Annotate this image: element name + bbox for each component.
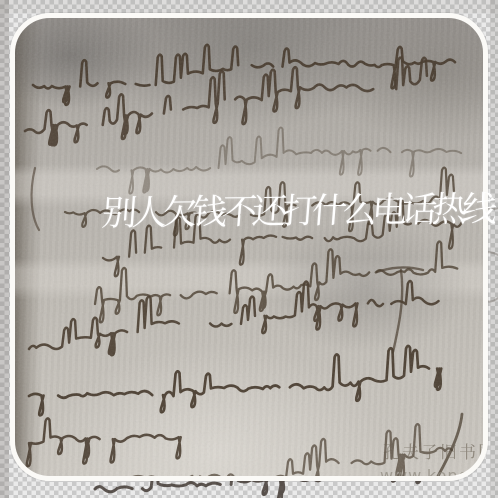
watermark-site-name: 孔夫子旧书网 (383, 438, 488, 463)
handwriting-line (33, 45, 455, 105)
handwriting-flourish (32, 168, 39, 230)
manuscript-photo-card: 孔夫子旧书网 www.kongfz.com (10, 13, 488, 481)
handwriting-line (29, 346, 441, 415)
handwriting-line (97, 128, 461, 194)
handwriting-flourish (377, 267, 423, 352)
overlay-caption-text: 别人欠钱不还打什么电话热线 (101, 191, 494, 234)
manuscript-handwriting (15, 18, 483, 476)
handwriting-line (27, 418, 190, 466)
transparency-checkerboard: { "page": { "type": "photo-listing-image… (0, 0, 498, 498)
